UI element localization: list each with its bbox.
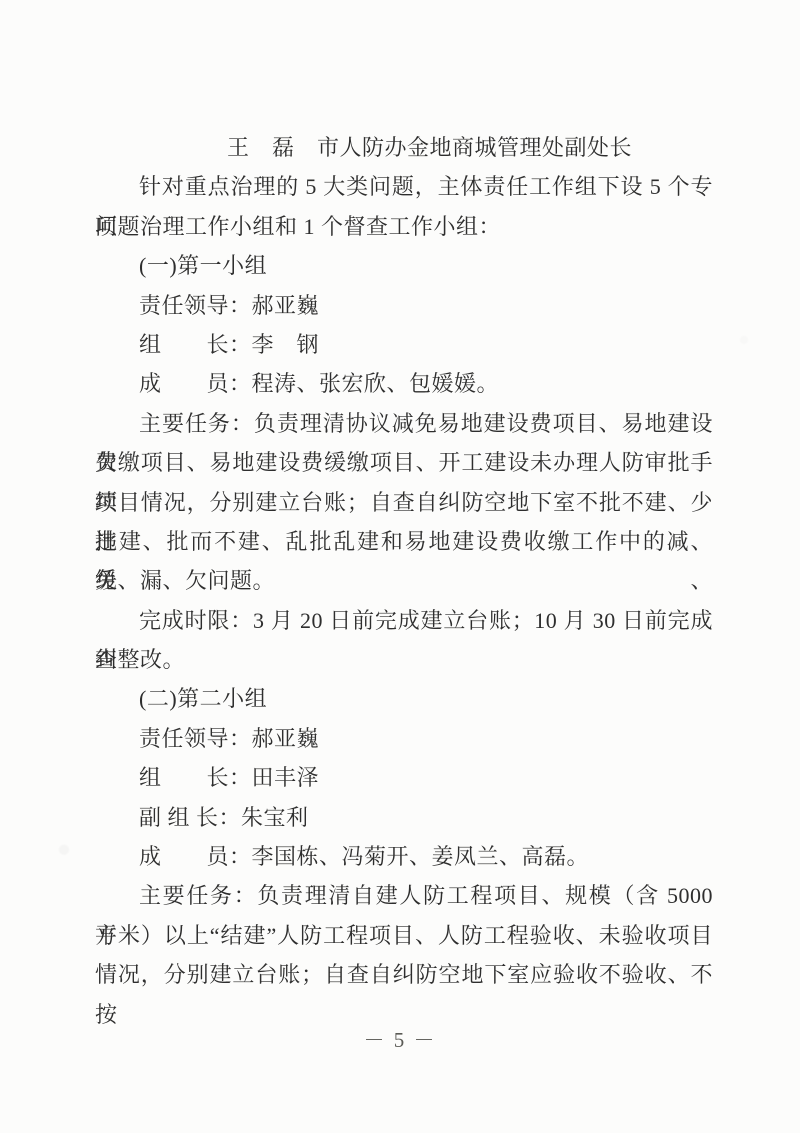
text-line: 完成时限：3 月 20 日前完成建立台账；10 月 30 日前完成查 <box>95 601 713 640</box>
text-line: 方米）以上“结建”人防工程项目、人防工程验收、未验收项目 <box>95 916 713 955</box>
text-line: 项目情况，分别建立台账；自查自纠防空地下室不批不建、少批 <box>95 483 713 522</box>
text-line: 王 磊 市人防办金地商城管理处副处长 <box>95 128 713 167</box>
text-line: 副 组 长：朱宝利 <box>95 798 713 837</box>
text-line: (二)第二小组 <box>95 679 713 718</box>
page-number: － 5 － <box>0 1024 800 1054</box>
text-line: 欠缴项目、易地建设费缓缴项目、开工建设未办理人防审批手续 <box>95 443 713 482</box>
text-line: 成 员：李国栋、冯菊开、姜凤兰、高磊。 <box>95 837 713 876</box>
text-line: 针对重点治理的 5 大类问题，主体责任工作组下设 5 个专项 <box>95 167 713 206</box>
text-block: 王 磊 市人防办金地商城管理处副处长针对重点治理的 5 大类问题，主体责任工作组… <box>95 128 713 995</box>
text-line: 责任领导：郝亚巍 <box>95 719 713 758</box>
text-line: 组 长：李 钢 <box>95 325 713 364</box>
text-line: 违建、批而不建、乱批乱建和易地建设费收缴工作中的减、免、 <box>95 522 713 561</box>
document-page: 王 磊 市人防办金地商城管理处副处长针对重点治理的 5 大类问题，主体责任工作组… <box>0 0 800 1133</box>
text-line: 主要任务：负责理清协议减免易地建设费项目、易地建设费 <box>95 404 713 443</box>
text-line: 组 长：田丰泽 <box>95 758 713 797</box>
text-line: 成 员：程涛、张宏欣、包媛媛。 <box>95 364 713 403</box>
text-line: 问题治理工作小组和 1 个督查工作小组： <box>95 207 713 246</box>
text-line: 纠整改。 <box>95 640 713 679</box>
text-line: 责任领导：郝亚巍 <box>95 286 713 325</box>
text-line: 主要任务：负责理清自建人防工程项目、规模（含 5000 平 <box>95 876 713 915</box>
text-line: 情况，分别建立台账；自查自纠防空地下室应验收不验收、不按 <box>95 955 713 994</box>
text-line: (一)第一小组 <box>95 246 713 285</box>
